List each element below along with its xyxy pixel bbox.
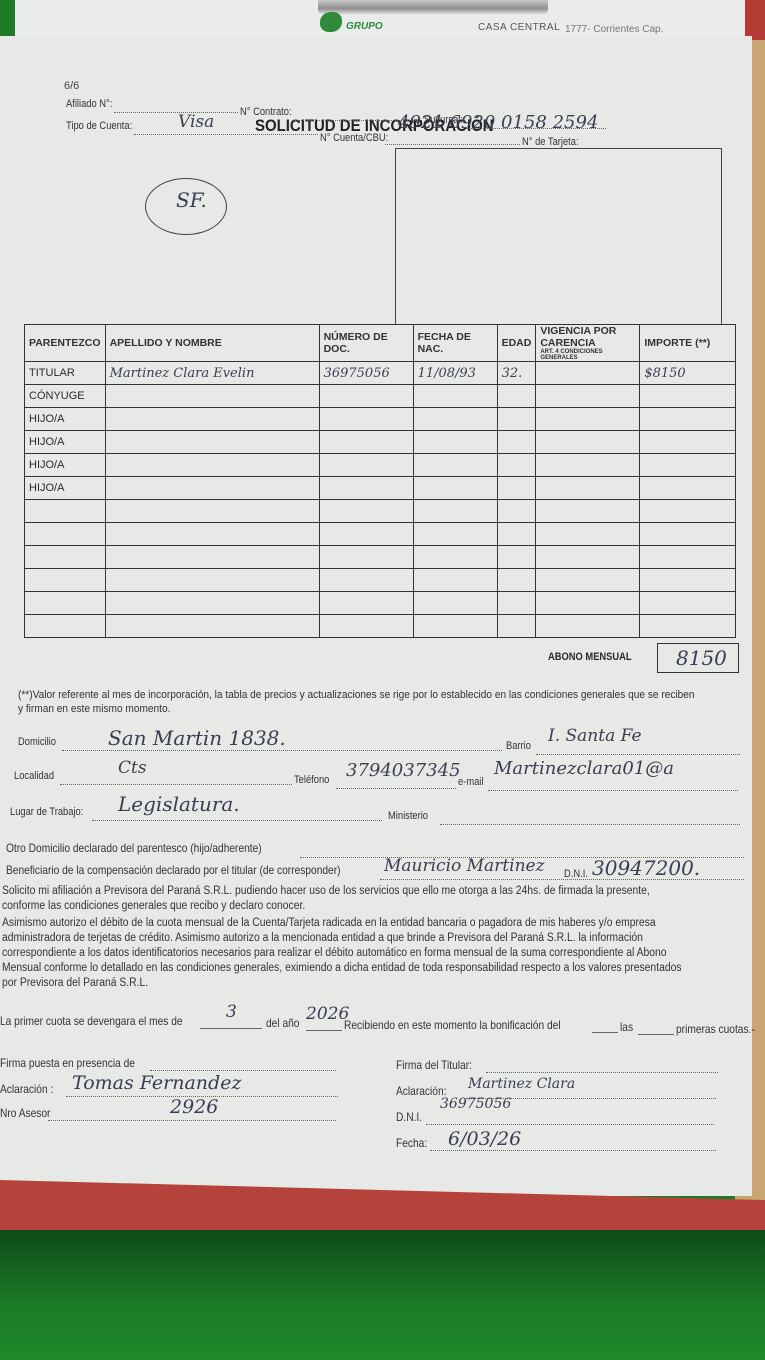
cell-doc[interactable] <box>319 454 413 477</box>
cell-vigencia[interactable] <box>536 523 640 546</box>
table-row <box>25 592 736 615</box>
tipo-cuenta-label: Tipo de Cuenta: <box>66 120 132 132</box>
barrio-field[interactable] <box>536 754 740 755</box>
telefono-field[interactable] <box>336 788 456 789</box>
telefono-label: Teléfono <box>294 774 329 786</box>
cell-fecha[interactable] <box>413 454 497 477</box>
cell-fecha[interactable] <box>413 546 497 569</box>
barrio-value: I. Santa Fe <box>548 726 642 746</box>
cell-parentesco: HIJO/A <box>25 431 106 454</box>
footnote: (**)Valor referente al mes de incorporac… <box>18 688 699 716</box>
bonificacion-field[interactable] <box>592 1032 618 1033</box>
cuota-anio-label: del año <box>266 1016 299 1030</box>
cell-vigencia[interactable] <box>536 592 640 615</box>
cell-doc[interactable] <box>319 592 413 615</box>
cell-parentesco <box>25 523 106 546</box>
cell-importe[interactable] <box>640 546 736 569</box>
cell-edad[interactable] <box>497 477 536 500</box>
domicilio-value: San Martin 1838. <box>108 726 286 750</box>
table-row: HIJO/A <box>25 408 736 431</box>
cell-vigencia[interactable] <box>536 546 640 569</box>
domicilio-label: Domicilio <box>18 736 56 748</box>
cell-vigencia[interactable] <box>536 385 640 408</box>
legal-paragraph-2: Asimismo autorizo el débito de la cuota … <box>2 916 686 991</box>
cell-vigencia[interactable] <box>536 362 640 385</box>
cell-nombre[interactable] <box>105 569 319 592</box>
cell-importe[interactable]: $8150 <box>640 362 736 385</box>
cell-edad[interactable] <box>497 523 536 546</box>
las-field[interactable] <box>638 1034 674 1035</box>
cell-edad[interactable] <box>497 408 536 431</box>
email-field[interactable] <box>488 790 738 791</box>
cell-edad[interactable] <box>497 546 536 569</box>
cell-vigencia[interactable] <box>536 454 640 477</box>
fecha-field[interactable] <box>430 1150 716 1151</box>
las-label: las <box>620 1020 633 1034</box>
cell-fecha[interactable] <box>413 523 497 546</box>
cell-fecha[interactable] <box>413 477 497 500</box>
col-vigencia-title: VIGENCIA POR CARENCIA <box>540 325 616 349</box>
cell-nombre[interactable] <box>105 546 319 569</box>
cell-doc[interactable] <box>319 408 413 431</box>
trabajo-value: Legislatura. <box>118 792 240 816</box>
presencia-label: Firma puesta en presencia de <box>0 1056 135 1070</box>
dni-value: 36975056 <box>440 1096 511 1112</box>
page-number: 6/6 <box>64 80 79 92</box>
card-photo-box <box>395 148 722 325</box>
cell-edad[interactable] <box>497 454 536 477</box>
family-table-body: TITULARMartinez Clara Evelin3697505611/0… <box>25 362 736 638</box>
beneficiario-value: Mauricio Martinez <box>384 856 545 876</box>
cell-nombre[interactable] <box>105 431 319 454</box>
col-parentesco: PARENTEZCO <box>25 325 106 362</box>
cell-edad[interactable]: 32. <box>497 362 536 385</box>
cell-doc[interactable] <box>319 569 413 592</box>
cell-doc[interactable] <box>319 431 413 454</box>
cell-fecha[interactable] <box>413 615 497 638</box>
cell-vigencia[interactable] <box>536 615 640 638</box>
ministerio-label: Ministerio <box>388 810 428 822</box>
table-row <box>25 546 736 569</box>
cell-fecha[interactable] <box>413 592 497 615</box>
cell-vigencia[interactable] <box>536 408 640 431</box>
cell-edad[interactable] <box>497 431 536 454</box>
cell-edad[interactable] <box>497 500 536 523</box>
cell-nombre[interactable] <box>105 615 319 638</box>
primeras-label: primeras cuotas.- <box>676 1022 755 1036</box>
cell-edad[interactable] <box>497 569 536 592</box>
cell-fecha[interactable] <box>413 431 497 454</box>
cell-doc[interactable]: 36975056 <box>319 362 413 385</box>
telefono-value: 3794037345 <box>346 760 461 781</box>
table-row: HIJO/A <box>25 454 736 477</box>
fecha-value: 6/03/26 <box>448 1128 521 1150</box>
table-row <box>25 569 736 592</box>
cuenta-cbu-label: N° Cuenta/CBU: <box>320 132 388 144</box>
contrato-label: N° Contrato: <box>240 106 292 118</box>
cell-nombre[interactable] <box>105 408 319 431</box>
cell-importe[interactable] <box>640 477 736 500</box>
cuota-mes-value: 3 <box>226 1002 237 1022</box>
cell-doc[interactable] <box>319 385 413 408</box>
cell-doc[interactable] <box>319 546 413 569</box>
beneficiario-dni-value: 30947200. <box>592 856 700 880</box>
col-edad: EDAD <box>497 325 536 362</box>
table-row: HIJO/A <box>25 431 736 454</box>
stamp-text: SF. <box>176 188 207 212</box>
application-form: 6/6 SOLICITUD DE INCORPORACIÓN Afiliado … <box>0 36 752 1196</box>
cell-nombre[interactable] <box>105 477 319 500</box>
cell-fecha[interactable] <box>413 408 497 431</box>
aclaracion-right-label: Aclaración: <box>396 1084 446 1098</box>
asesor-label: Nro Asesor <box>0 1106 50 1120</box>
email-label: e-mail <box>458 776 483 788</box>
cell-importe[interactable] <box>640 569 736 592</box>
cell-importe[interactable] <box>640 592 736 615</box>
presencia-signature-field[interactable] <box>150 1070 336 1071</box>
table-row <box>25 523 736 546</box>
table-row: HIJO/A <box>25 477 736 500</box>
cuota-mes-field[interactable] <box>200 1028 262 1029</box>
asesor-field[interactable] <box>48 1120 336 1121</box>
logo-icon <box>320 12 342 32</box>
cell-parentesco: HIJO/A <box>25 477 106 500</box>
cell-nombre[interactable] <box>105 500 319 523</box>
cell-doc[interactable] <box>319 477 413 500</box>
cell-fecha[interactable] <box>413 385 497 408</box>
table-row: CÓNYUGE <box>25 385 736 408</box>
aclaracion-left-label: Aclaración : <box>0 1082 53 1096</box>
cell-parentesco <box>25 500 106 523</box>
cell-importe[interactable] <box>640 431 736 454</box>
col-doc: NÚMERO DE DOC. <box>319 325 413 362</box>
cell-vigencia[interactable] <box>536 477 640 500</box>
cell-importe[interactable] <box>640 385 736 408</box>
cell-nombre[interactable]: Martinez Clara Evelin <box>105 362 319 385</box>
cell-parentesco <box>25 615 106 638</box>
cuenta-cbu-field[interactable] <box>385 144 520 145</box>
cell-vigencia[interactable] <box>536 431 640 454</box>
cell-parentesco: HIJO/A <box>25 408 106 431</box>
cell-doc[interactable] <box>319 523 413 546</box>
col-vigencia-sub: ART. 4 CONDICIONES GENERALES <box>540 349 635 361</box>
localidad-field[interactable] <box>60 784 292 785</box>
beneficiario-label: Beneficiario de la compensación declarad… <box>6 863 341 877</box>
ministerio-field[interactable] <box>440 824 740 825</box>
cell-importe[interactable] <box>640 408 736 431</box>
localidad-label: Localidad <box>14 770 54 782</box>
cell-vigencia[interactable] <box>536 500 640 523</box>
table-row <box>25 615 736 638</box>
trabajo-field[interactable] <box>92 820 382 821</box>
domicilio-field[interactable] <box>62 750 502 751</box>
cell-importe[interactable] <box>640 454 736 477</box>
beneficiario-dni-label: D.N.I. <box>564 868 588 880</box>
col-vigencia: VIGENCIA POR CARENCIAART. 4 CONDICIONES … <box>536 325 640 362</box>
green-mat <box>0 1230 765 1360</box>
cuota-anio-value: 2026 <box>306 1004 349 1024</box>
cell-parentesco <box>25 569 106 592</box>
fecha-label: Fecha: <box>396 1136 427 1150</box>
cell-nombre[interactable] <box>105 523 319 546</box>
cell-doc[interactable] <box>319 615 413 638</box>
cell-fecha[interactable]: 11/08/93 <box>413 362 497 385</box>
localidad-value: Cts <box>118 758 147 778</box>
titular-signature-field[interactable] <box>486 1072 718 1073</box>
abono-label: ABONO MENSUAL <box>548 651 632 663</box>
cell-doc[interactable] <box>319 500 413 523</box>
dni-label: D.N.I. <box>396 1110 422 1124</box>
cuota-label: La primer cuota se devengara el mes de <box>0 1014 183 1028</box>
legal-paragraph-1: Solicito mi afiliación a Previsora del P… <box>2 884 686 914</box>
cell-nombre[interactable] <box>105 385 319 408</box>
tarjeta-label: N° de Tarjeta: <box>522 136 579 148</box>
family-table: PARENTEZCO APELLIDO Y NOMBRE NÚMERO DE D… <box>24 324 736 638</box>
logo-text: GRUPO <box>346 21 383 32</box>
abono-box[interactable]: 8150 <box>657 643 739 673</box>
cell-fecha[interactable] <box>413 500 497 523</box>
col-importe: IMPORTE (**) <box>640 325 736 362</box>
table-row <box>25 500 736 523</box>
cell-fecha[interactable] <box>413 569 497 592</box>
table-row: TITULARMartinez Clara Evelin3697505611/0… <box>25 362 736 385</box>
dni-field[interactable] <box>426 1124 714 1125</box>
cell-vigencia[interactable] <box>536 569 640 592</box>
aclaracion-left-value: Tomas Fernandez <box>72 1072 241 1094</box>
company-logo: GRUPO <box>320 12 383 32</box>
cell-parentesco <box>25 592 106 615</box>
aclaracion-right-value: Martinez Clara <box>468 1076 575 1092</box>
cell-edad[interactable] <box>497 615 536 638</box>
otro-domicilio-label: Otro Domicilio declarado del parentesco … <box>6 841 262 855</box>
email-value: Martinezclara01@a <box>494 758 674 779</box>
cuota-anio-field[interactable] <box>306 1030 342 1031</box>
trabajo-label: Lugar de Trabajo: <box>10 806 83 818</box>
abono-value: 8150 <box>676 646 727 670</box>
afiliado-field[interactable] <box>114 112 238 113</box>
cell-edad[interactable] <box>497 592 536 615</box>
cell-nombre[interactable] <box>105 592 319 615</box>
cell-importe[interactable] <box>640 523 736 546</box>
bonificacion-label: Recibiendo en este momento la bonificaci… <box>344 1018 561 1032</box>
cuenta-cbu-value: 4921 6920 0158 2594 <box>398 112 598 133</box>
tipo-cuenta-field[interactable] <box>134 134 318 135</box>
office-name: CASA CENTRAL <box>478 22 560 33</box>
table-header-row: PARENTEZCO APELLIDO Y NOMBRE NÚMERO DE D… <box>25 325 736 362</box>
cell-importe[interactable] <box>640 500 736 523</box>
asesor-value: 2926 <box>170 1096 218 1118</box>
office-address: 1777- Corrientes Cap. <box>565 24 663 35</box>
cell-parentesco: HIJO/A <box>25 454 106 477</box>
col-nombre: APELLIDO Y NOMBRE <box>105 325 319 362</box>
cell-parentesco: CÓNYUGE <box>25 385 106 408</box>
titular-signature-label: Firma del Titular: <box>396 1058 472 1072</box>
cell-importe[interactable] <box>640 615 736 638</box>
cell-parentesco: TITULAR <box>25 362 106 385</box>
afiliado-label: Afiliado N°: <box>66 98 112 110</box>
cell-edad[interactable] <box>497 385 536 408</box>
col-fecha: FECHA DE NAC. <box>413 325 497 362</box>
barrio-label: Barrio <box>506 740 531 752</box>
cell-nombre[interactable] <box>105 454 319 477</box>
tipo-cuenta-value: Visa <box>178 112 214 132</box>
cell-parentesco <box>25 546 106 569</box>
